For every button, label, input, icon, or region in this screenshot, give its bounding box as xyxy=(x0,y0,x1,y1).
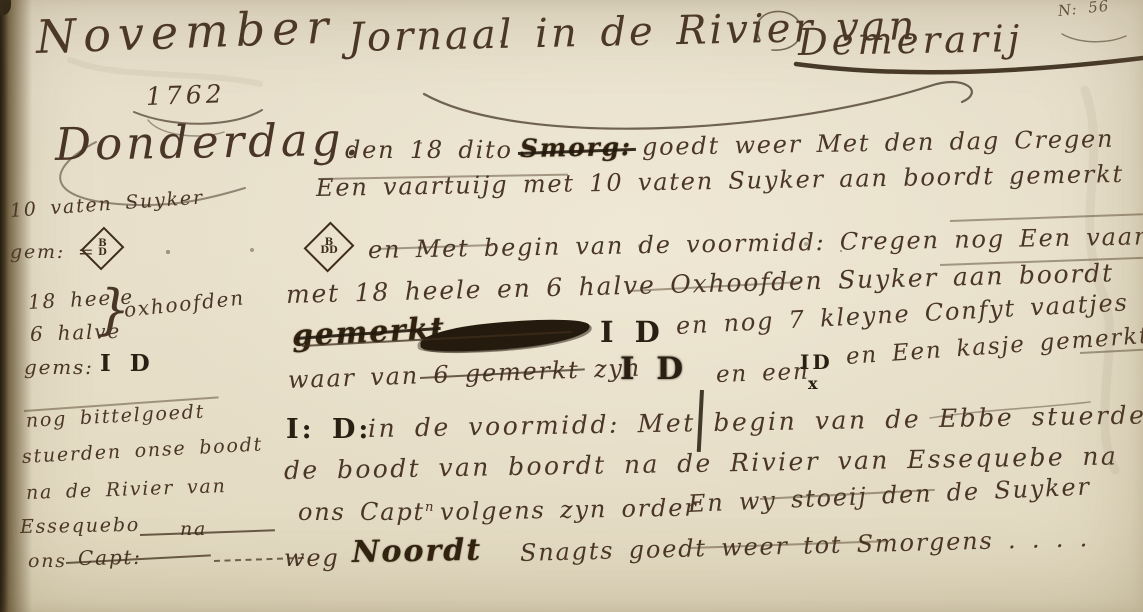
title-month: November xyxy=(35,4,336,60)
captain-superscript: n xyxy=(425,500,434,515)
cargo-mark-x: x xyxy=(808,376,821,392)
edge-pen-stroke xyxy=(950,213,1143,222)
margin-note-essequebo: Essequebo xyxy=(20,516,140,537)
page-number: N: 56 xyxy=(1057,0,1110,19)
title-year: 1762 xyxy=(146,81,226,109)
entry-line9-end: En wy stoeij den de Suyker xyxy=(687,474,1091,516)
merchant-mark-bdd-diamond: B DD xyxy=(304,222,355,273)
entry-line9-mid: volgens zyn order xyxy=(440,496,698,524)
wind-direction-word: Noordt xyxy=(352,536,483,568)
margin-note-vaten: 10 vaten Suyker xyxy=(9,188,204,221)
margin-note-ons: ons xyxy=(28,552,67,571)
merchant-mark-bd-diamond: B D xyxy=(81,227,125,271)
entry-line6-mid: en een xyxy=(716,361,810,387)
margin-note-na-struck: na xyxy=(180,520,207,539)
entry-line1-overwritten-word: Smorg: xyxy=(520,134,632,161)
margin-note-bittelgoedt: nog bittelgoedt xyxy=(26,403,206,431)
entry-line3: en Met begin van de voormidd: Cregen nog… xyxy=(368,223,1143,262)
cargo-mark-id-heavy: I D xyxy=(620,354,686,385)
captain-word: ons Capt xyxy=(298,498,425,526)
entry-line7: in de voormidd: Met begin van de Ebbe st… xyxy=(368,402,1143,441)
cargo-mark-id-small: ID xyxy=(800,352,833,372)
entry-line10-rest: Snagts goedt weer tot Smorgens . . . . xyxy=(520,526,1090,565)
entry-line1-rest: goedt weer Met den dag Cregen xyxy=(642,127,1115,159)
merchant-mark-bottom-letter: D xyxy=(98,249,107,258)
title-place: Demerarij xyxy=(798,20,1024,61)
margin-note-stuerden: stuerden onse boodt xyxy=(22,435,264,467)
margin-note-rivier: na de Rivier van xyxy=(26,477,227,503)
margin-note-capt-struck: Capt: xyxy=(78,547,142,568)
margin-mark-id: I D xyxy=(100,352,153,375)
merchant-mark-bottom-letters: DD xyxy=(320,247,337,256)
cargo-mark-id: I D xyxy=(600,318,663,347)
cargo-mark-id-colon: I: D: xyxy=(286,416,371,443)
margin-note-oxhoofden: oxhoofden xyxy=(123,287,246,320)
manuscript-page: N: 56 November 1762 Jornaal in de Rivier… xyxy=(0,0,1143,612)
entry-line9-start: ons Captn xyxy=(298,500,433,524)
entry-line2: Een vaartuijg met 10 vaten Suyker aan bo… xyxy=(316,162,1124,200)
day-heading: Donderdag. xyxy=(55,117,364,167)
entry-line6-end: en Een kasje gemerkt, xyxy=(845,324,1143,369)
margin-note-gems: gems: xyxy=(24,357,94,377)
entry-line1-date: den 18 dito xyxy=(345,138,513,162)
strike-margin-na xyxy=(140,529,275,536)
